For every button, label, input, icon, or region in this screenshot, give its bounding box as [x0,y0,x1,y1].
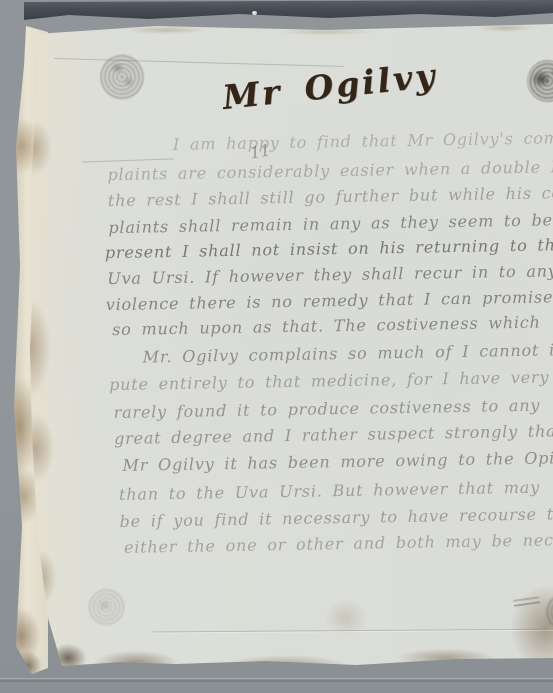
letter-line: I am happy to find that Mr Ogilvy's com- [173,128,553,154]
paper-speck [252,11,257,15]
letter-line: great degree and I rather suspect strong… [114,420,553,448]
letter-line: be if you find it necessary to have reco… [119,504,553,531]
letter-line: violence there is no remedy that I can p… [106,287,553,314]
letter-line: rarely found it to produce costiveness t… [113,396,540,422]
letter-line: present I shall not insist on his return… [105,235,553,262]
manuscript-scan: Mr Ogilvy 11 I am happy to find that Mr … [0,0,553,693]
letter-page: Mr Ogilvy 11 I am happy to find that Mr … [26,18,553,670]
letter-line: Mr. Ogilvy complains so much of I cannot… [143,340,553,366]
letter-line: than to the Uva Ursi. But however that m… [119,478,540,504]
letter-line: plaints shall remain in any as they seem… [108,210,553,237]
backdrop-shadow-line [0,680,553,682]
letter-line: the rest I shall still go further but wh… [108,183,553,210]
letter-line: Mr Ogilvy it has been more owing to the … [122,448,553,475]
letter-line: either the one or other and both may be … [124,529,553,556]
letter-body: I am happy to find that Mr Ogilvy's com-… [21,10,553,671]
letter-line: pute entirely to that medicine, for I ha… [109,367,549,394]
letter-line: Uva Ursi. If however they shall recur in… [107,261,553,288]
backdrop-shelf-line [0,678,553,679]
letter-line: so much upon as that. The costiveness wh… [112,313,541,339]
letter-line: plaints are considerably easier when a d… [107,157,553,184]
book-top-edge [24,0,553,21]
